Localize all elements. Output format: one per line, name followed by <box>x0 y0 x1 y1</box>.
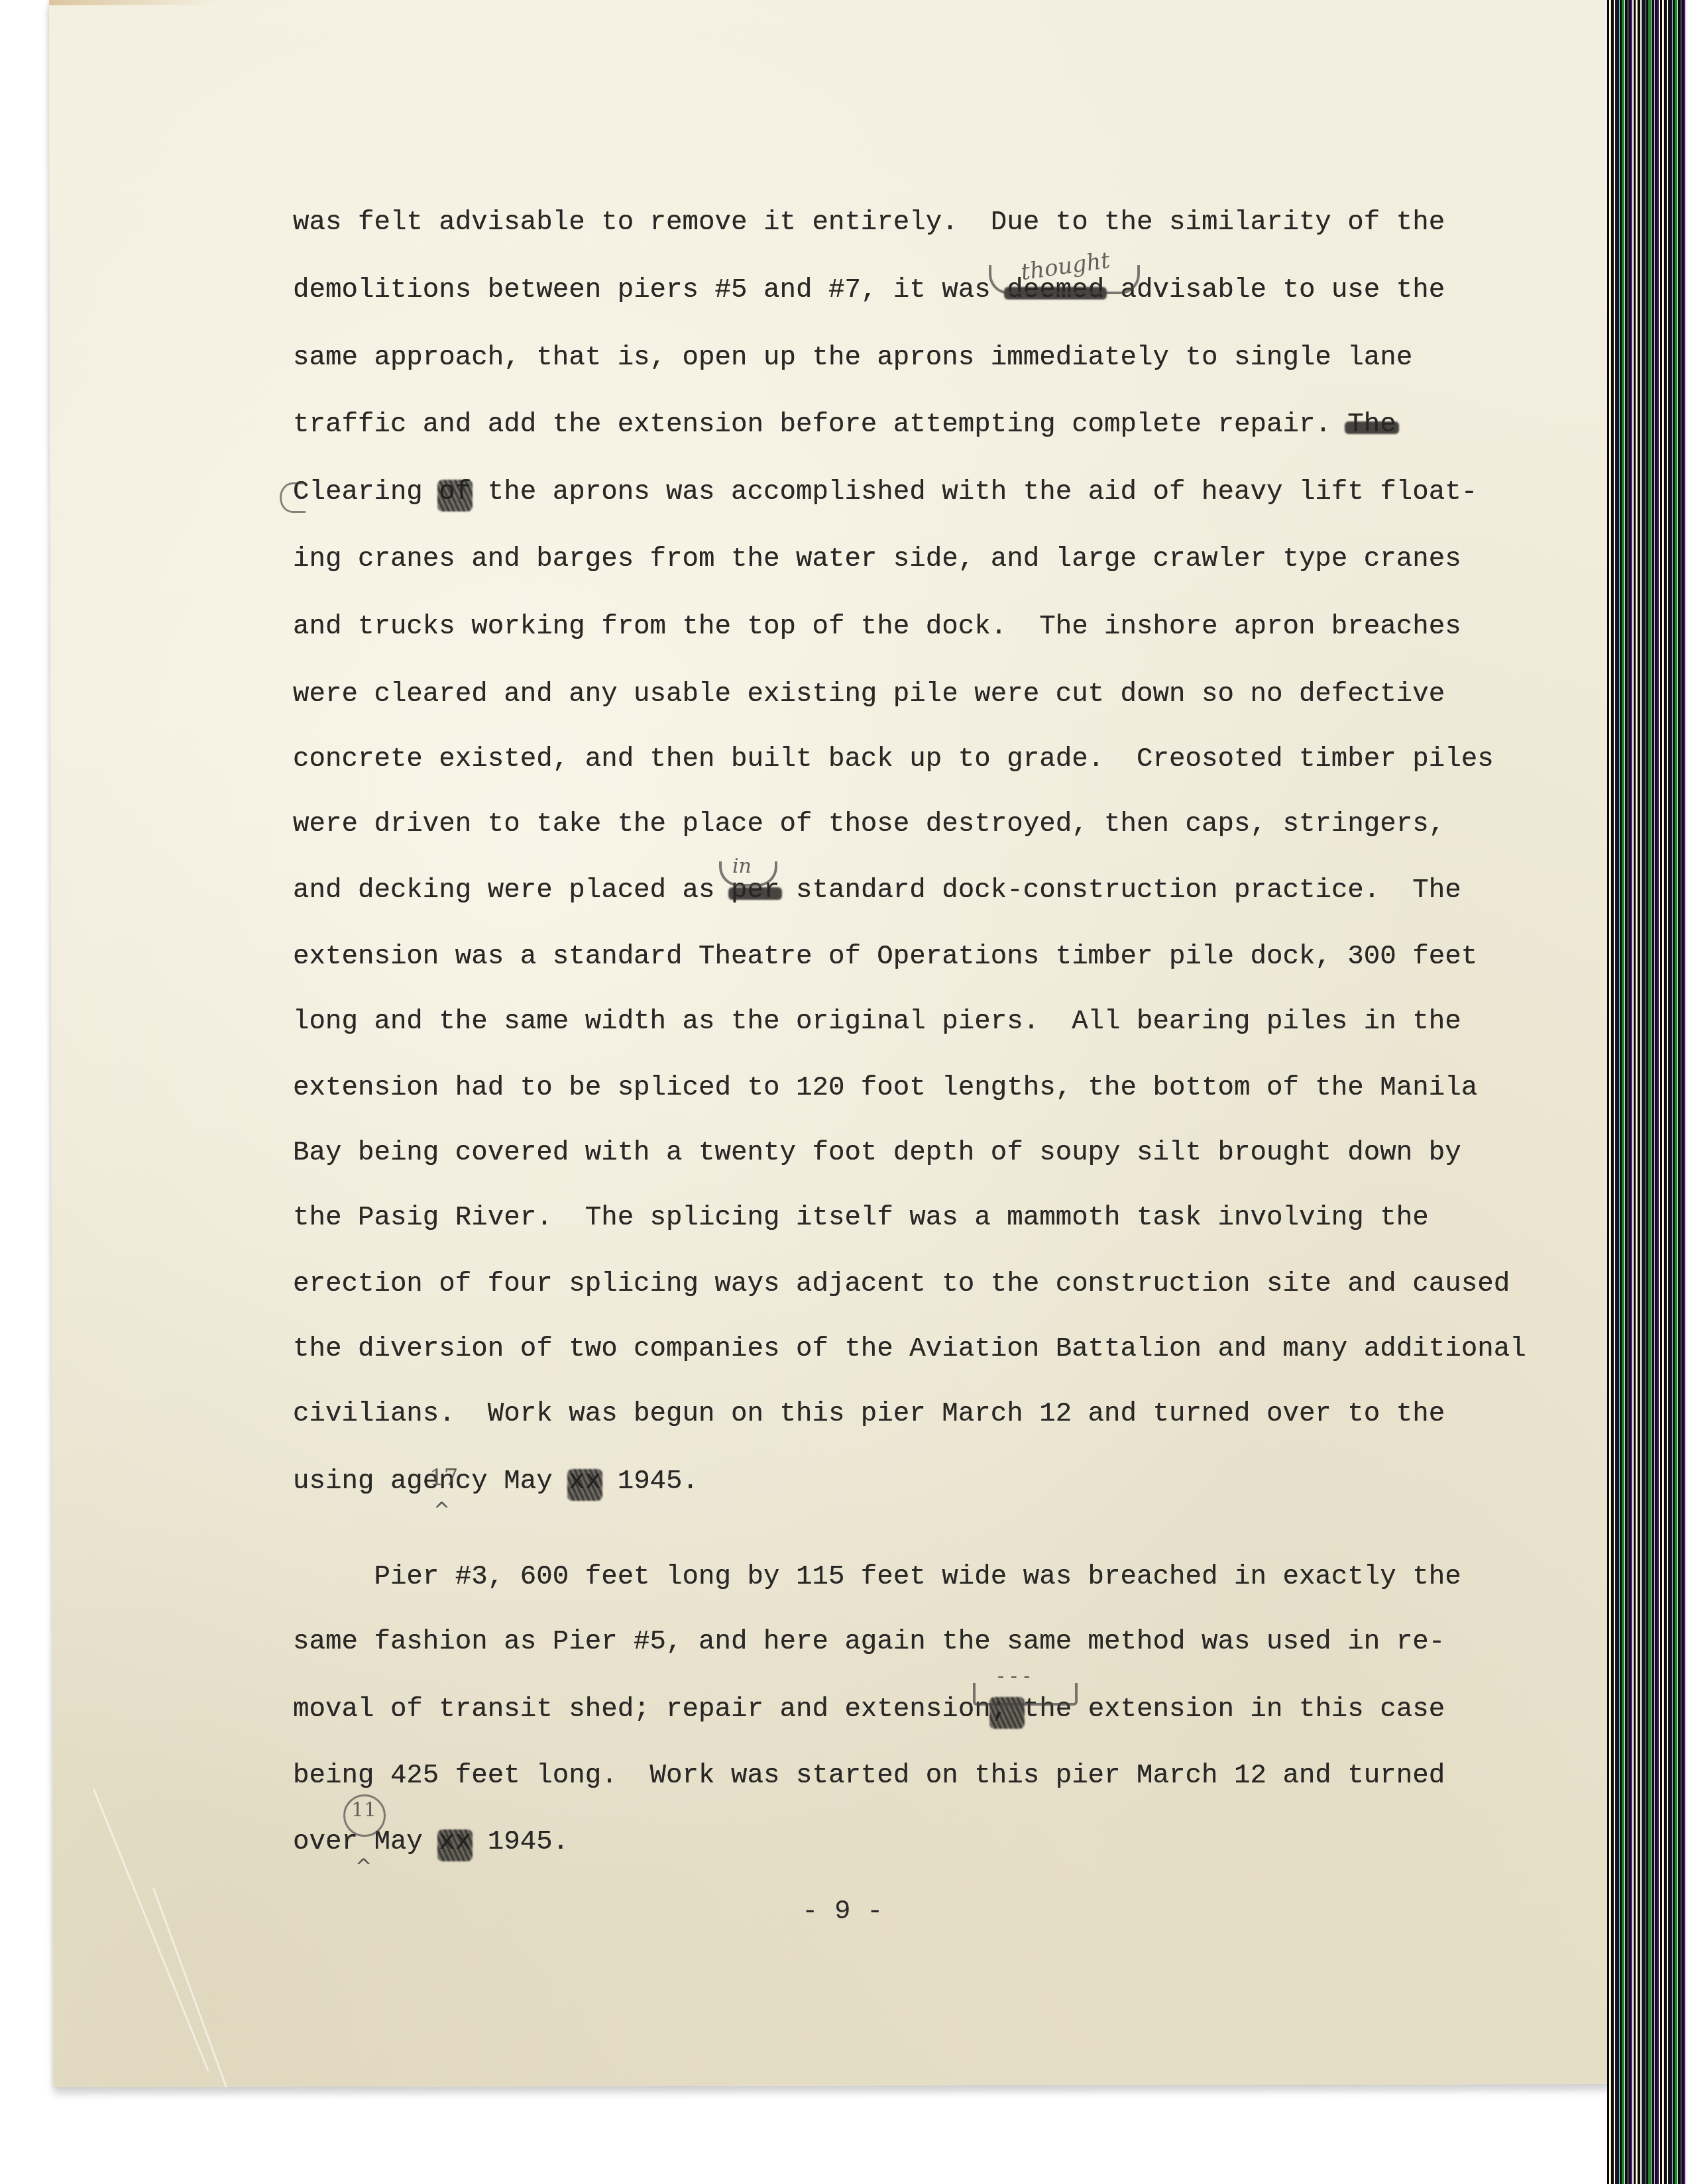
text-segment: iers #5 and #7, it was <box>634 275 1007 305</box>
text-line: concrete existed, and then built back up… <box>293 743 1494 775</box>
insertion-mark <box>973 1683 1078 1706</box>
handwritten-day-11: 11 <box>351 1798 376 1822</box>
struck-date: xx <box>569 1466 601 1498</box>
text-line: erection of four splicing ways adjacent … <box>293 1268 1510 1300</box>
capitalization-mark <box>280 482 306 513</box>
text-segment: standard dock-construction practice. The <box>779 875 1461 906</box>
text-line: and trucks working from the top of the d… <box>293 611 1461 643</box>
scanner-edge-artifact <box>1607 0 1686 2184</box>
text-line: ing cranes and barges from the water sid… <box>293 543 1461 575</box>
torn-edge <box>49 0 221 5</box>
struck-date: xx <box>439 1826 471 1858</box>
text-line: same fashion as Pier #5, and here again … <box>293 1626 1445 1658</box>
text-line: moval of transit shed; repair and extens… <box>293 1694 1445 1725</box>
page-number: - 9 - <box>802 1896 883 1927</box>
text-line: being 425 feet long. Work was started on… <box>293 1760 1445 1792</box>
text-segment: traffic and add the extension before att… <box>293 409 1347 440</box>
text-line: long and the same width as the original … <box>293 1006 1461 1038</box>
text-line: Pier #3, 600 feet long by 115 feet wide … <box>293 1561 1461 1593</box>
text-line: the Pasig River. The splicing itself was… <box>293 1202 1429 1234</box>
text-segment: the aprons was accomplished with the aid… <box>471 477 1477 508</box>
text-line: extension had to be spliced to 120 foot … <box>293 1072 1477 1104</box>
struck-word: The <box>1347 409 1396 441</box>
capitalized-word: Clearing <box>293 477 439 508</box>
text-segment: demolitions between <box>293 275 618 305</box>
text-line: demolitions between piers #5 and #7, it … <box>293 274 1445 306</box>
insertion-mark <box>719 861 777 887</box>
text-segment: moval of transit shed; repair and extens… <box>293 1694 991 1725</box>
handwritten-day-17: 17 <box>429 1464 458 1491</box>
text-segment: advisable to use the <box>1104 275 1445 305</box>
text-line: were driven to take the place of those d… <box>293 808 1445 840</box>
paper-crease <box>152 1888 227 2088</box>
text-segment: 1945. <box>471 1827 569 1857</box>
text-line: was felt advisable to remove it entirely… <box>293 207 1445 239</box>
text-line: civilians. Work was begun on this pier M… <box>293 1398 1445 1430</box>
text-segment: 1945. <box>601 1466 699 1497</box>
paper-crease <box>93 1788 209 2071</box>
text-line: same approach, that is, open up the apro… <box>293 342 1412 374</box>
text-line: the diversion of two companies of the Av… <box>293 1333 1526 1365</box>
caret-mark: ^ <box>433 1499 450 1522</box>
text-line: were cleared and any usable existing pil… <box>293 679 1445 710</box>
text-line: and decking were placed as per standard … <box>293 875 1461 906</box>
text-line: traffic and add the extension before att… <box>293 409 1396 441</box>
text-segment: the extension in this case <box>1023 1694 1445 1725</box>
insertion-mark <box>989 265 1140 294</box>
text-segment: and decking were placed as <box>293 875 731 906</box>
text-line: over May xx 1945. <box>293 1826 569 1858</box>
text-line: using agency May xx 1945. <box>293 1466 699 1498</box>
text-line: extension was a standard Theatre of Oper… <box>293 941 1477 973</box>
struck-word: of <box>439 476 471 508</box>
text-line: Clearing of the aprons was accomplished … <box>293 476 1477 508</box>
text-line: Bay being covered with a twenty foot dep… <box>293 1137 1461 1169</box>
caret-mark: ^ <box>355 1855 372 1879</box>
corrected-letter: p <box>618 275 634 305</box>
